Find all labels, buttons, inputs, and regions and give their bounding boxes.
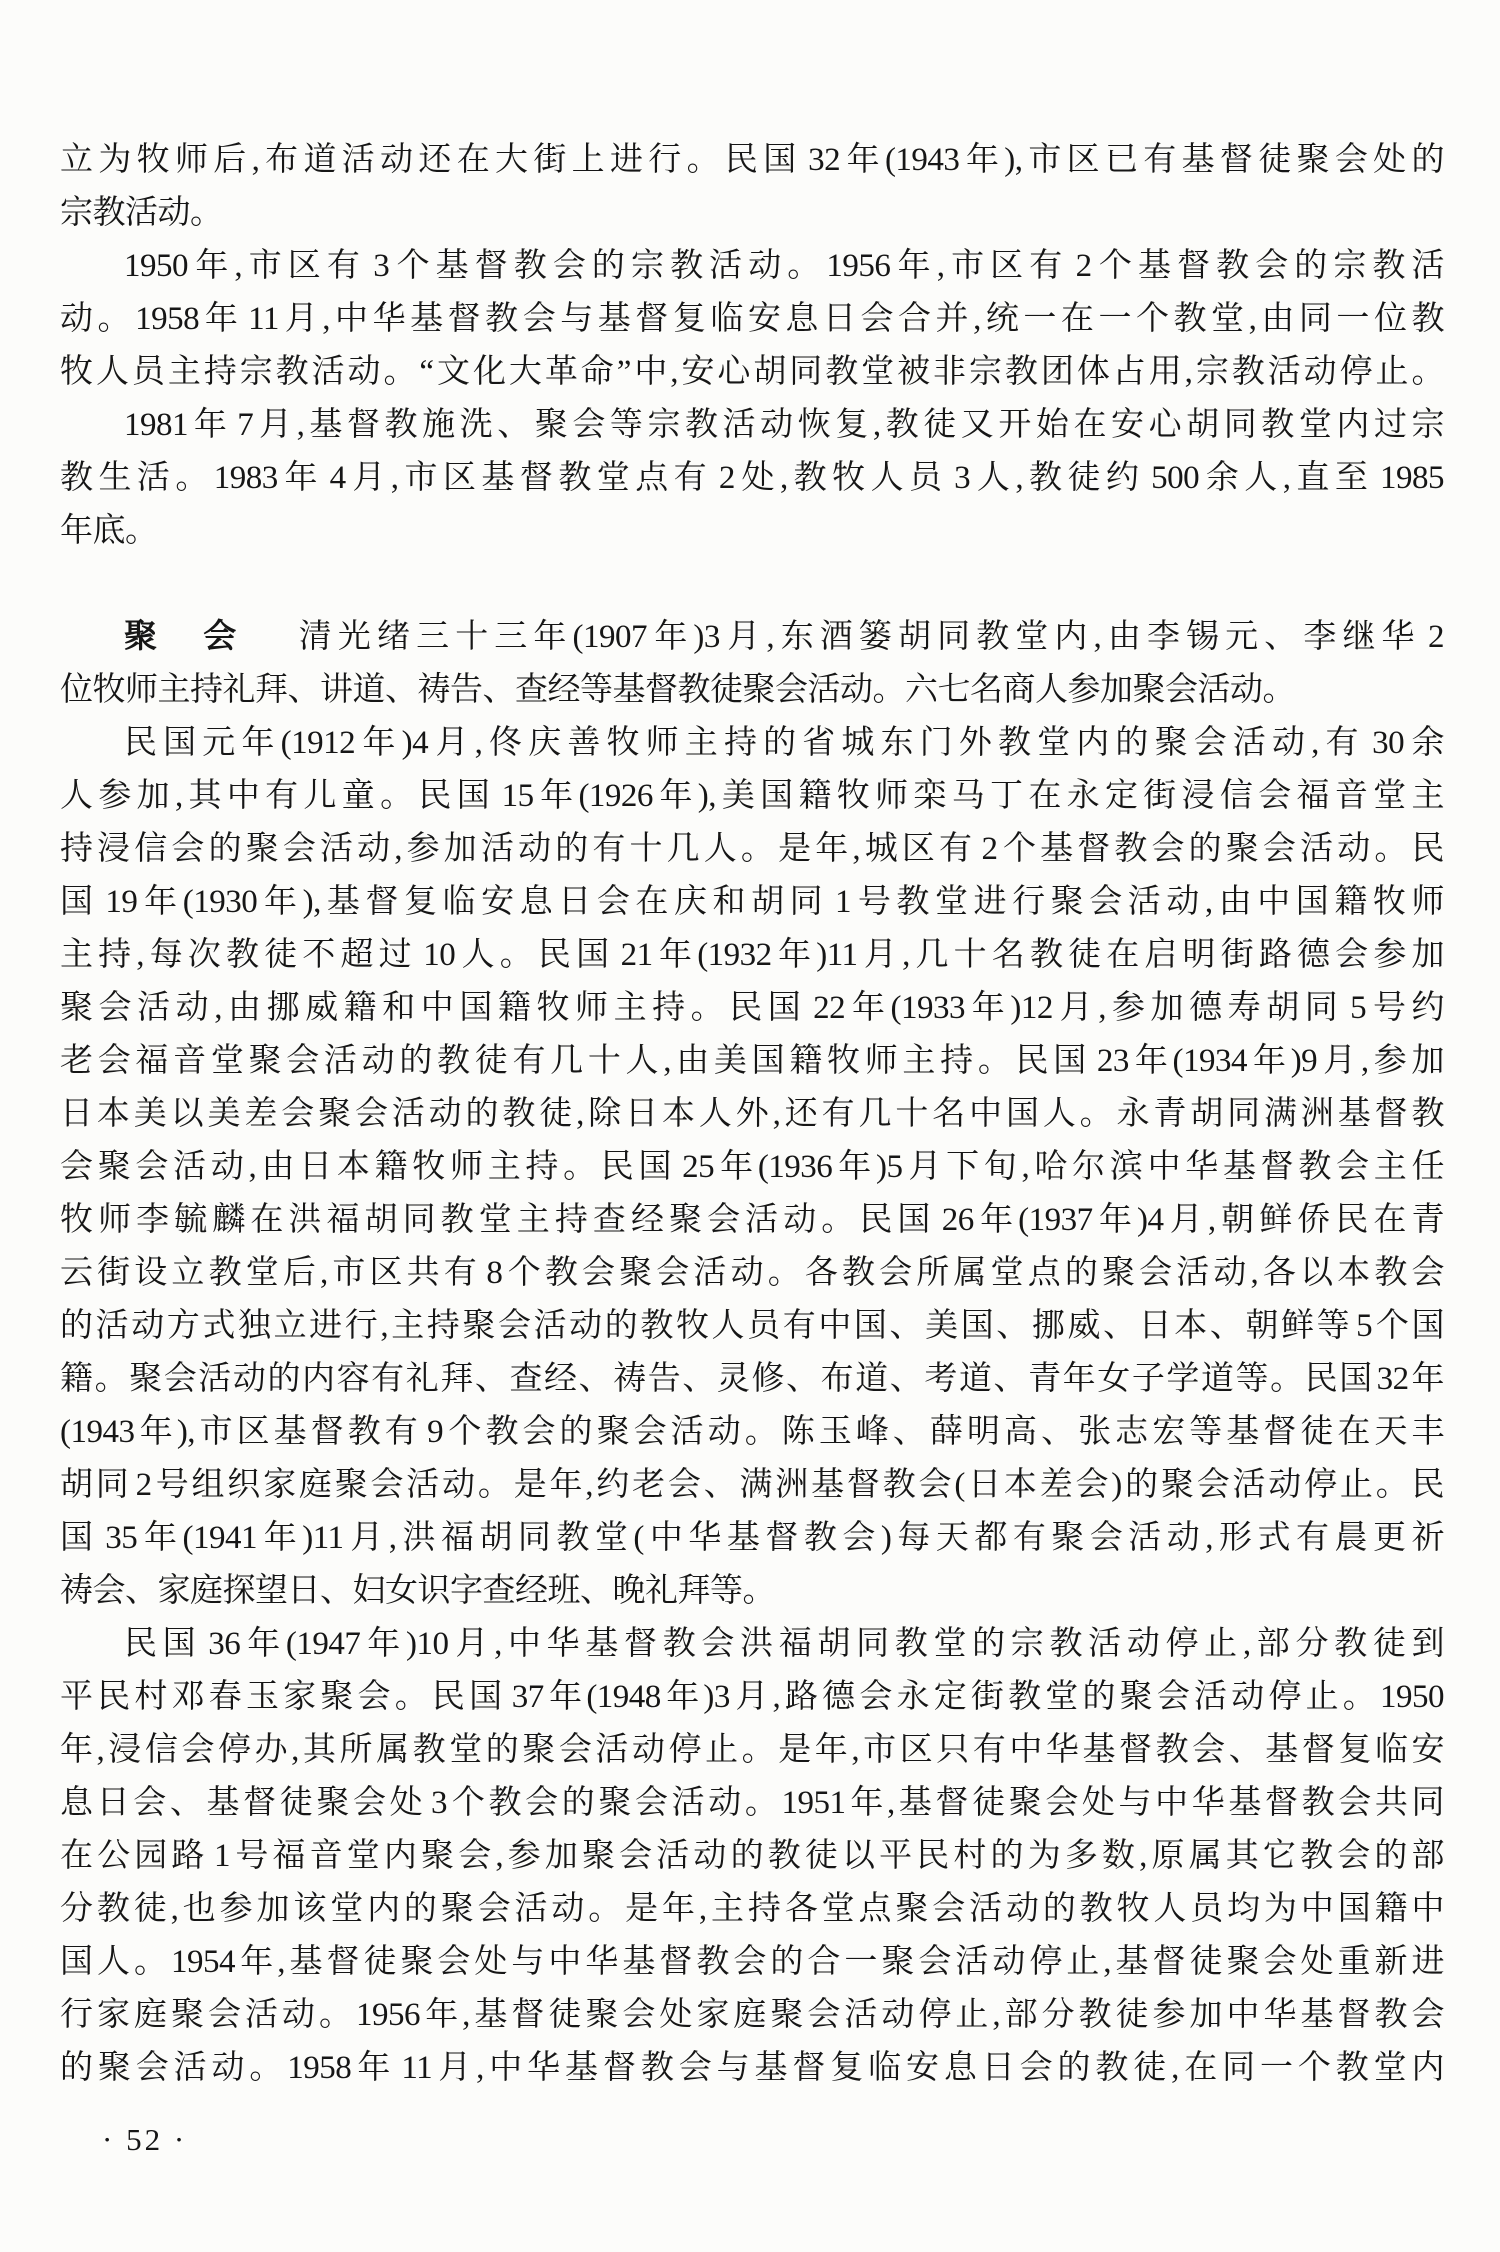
- text-line: 日本美以美差会聚会活动的教徒,除日本人外,还有几十名中国人。永青胡同满洲基督教: [60, 1088, 1444, 1141]
- text-line: 主持,每次教徒不超过 10 人。民国 21 年(1932 年)11 月,几十名教…: [60, 929, 1444, 982]
- text-line: 民国 36 年(1947 年)10 月,中华基督教会洪福胡同教堂的宗教活动停止,…: [60, 1618, 1444, 1671]
- text-line: 国 19 年(1930 年),基督复临安息日会在庆和胡同 1 号教堂进行聚会活动…: [60, 876, 1444, 929]
- text-line: 动。1958 年 11 月,中华基督教会与基督复临安息日会合并,统一在一个教堂,…: [60, 293, 1444, 346]
- text-line: 在公园路 1 号福音堂内聚会,参加聚会活动的教徒以平民村的为多数,原属其它教会的…: [60, 1830, 1444, 1883]
- page-text-column: 立为牧师后,布道活动还在大街上进行。民国 32 年(1943 年),市区已有基督…: [60, 134, 1444, 2095]
- text-line: 云街设立教堂后,市区共有 8 个教会聚会活动。各教会所属堂点的聚会活动,各以本教…: [60, 1247, 1444, 1300]
- text-line: 位牧师主持礼拜、讲道、祷告、查经等基督教徒聚会活动。六七名商人参加聚会活动。: [60, 664, 1444, 717]
- text-line: 胡同 2 号组织家庭聚会活动。是年,约老会、满洲基督教会(日本差会)的聚会活动停…: [60, 1459, 1444, 1512]
- text-line: 持浸信会的聚会活动,参加活动的有十几人。是年,城区有 2 个基督教会的聚会活动。…: [60, 823, 1444, 876]
- text-line: 宗教活动。: [60, 187, 1444, 240]
- text-line: 1950 年,市区有 3 个基督教会的宗教活动。1956 年,市区有 2 个基督…: [60, 240, 1444, 293]
- text-line: 行家庭聚会活动。1956 年,基督徒聚会处家庭聚会活动停止,部分教徒参加中华基督…: [60, 1989, 1444, 2042]
- text-line: 年,浸信会停办,其所属教堂的聚会活动停止。是年,市区只有中华基督教会、基督复临安: [60, 1724, 1444, 1777]
- text-line: 国 35 年(1941 年)11 月,洪福胡同教堂(中华基督教会)每天都有聚会活…: [60, 1512, 1444, 1565]
- page-number: · 52 ·: [102, 2122, 187, 2158]
- para-1981-restoration: 1981 年 7 月,基督教施洗、聚会等宗教活动恢复,教徒又开始在安心胡同教堂内…: [60, 399, 1444, 558]
- text-line: 聚 会清光绪三十三年(1907 年)3 月,东酒篓胡同教堂内,由李锡元、李继华 …: [60, 611, 1444, 664]
- para-juhui-republican-era: 民国元年(1912 年)4 月,佟庆善牧师主持的省城东门外教堂内的聚会活动,有 …: [60, 717, 1444, 1618]
- text-line: 老会福音堂聚会活动的教徒有几十人,由美国籍牧师主持。民国 23 年(1934 年…: [60, 1035, 1444, 1088]
- section-heading: 聚 会: [124, 619, 243, 655]
- text-line: (1943 年),市区基督教有 9 个教会的聚会活动。陈玉峰、薛明高、张志宏等基…: [60, 1406, 1444, 1459]
- text-line: 国人。1954 年,基督徒聚会处与中华基督教会的合一聚会活动停止,基督徒聚会处重…: [60, 1936, 1444, 1989]
- text-line: 年底。: [60, 505, 1444, 558]
- text-line: 平民村邓春玉家聚会。民国 37 年(1948 年)3 月,路德会永定街教堂的聚会…: [60, 1671, 1444, 1724]
- text-line: 1981 年 7 月,基督教施洗、聚会等宗教活动恢复,教徒又开始在安心胡同教堂内…: [60, 399, 1444, 452]
- text-line: 牧人员主持宗教活动。“文化大革命”中,安心胡同教堂被非宗教团体占用,宗教活动停止…: [60, 346, 1444, 399]
- section-juhui: 聚 会清光绪三十三年(1907 年)3 月,东酒篓胡同教堂内,由李锡元、李继华 …: [60, 611, 1444, 717]
- text-line: 牧师李毓麟在洪福胡同教堂主持查经聚会活动。民国 26 年(1937 年)4 月,…: [60, 1194, 1444, 1247]
- text-line: 人参加,其中有儿童。民国 15 年(1926 年),美国籍牧师栾马丁在永定街浸信…: [60, 770, 1444, 823]
- text-line: 聚会活动,由挪威籍和中国籍牧师主持。民国 22 年(1933 年)12 月,参加…: [60, 982, 1444, 1035]
- text-line: 立为牧师后,布道活动还在大街上进行。民国 32 年(1943 年),市区已有基督…: [60, 134, 1444, 187]
- para-juhui-1947-1958: 民国 36 年(1947 年)10 月,中华基督教会洪福胡同教堂的宗教活动停止,…: [60, 1618, 1444, 2095]
- text-line: 教生活。1983 年 4 月,市区基督教堂点有 2 处,教牧人员 3 人,教徒约…: [60, 452, 1444, 505]
- text-line: 籍。聚会活动的内容有礼拜、查经、祷告、灵修、布道、考道、青年女子学道等。民国 3…: [60, 1353, 1444, 1406]
- text-line: 会聚会活动,由日本籍牧师主持。民国 25 年(1936 年)5 月下旬,哈尔滨中…: [60, 1141, 1444, 1194]
- para-continued-from-previous-page: 立为牧师后,布道活动还在大街上进行。民国 32 年(1943 年),市区已有基督…: [60, 134, 1444, 240]
- para-1950s: 1950 年,市区有 3 个基督教会的宗教活动。1956 年,市区有 2 个基督…: [60, 240, 1444, 399]
- book-page: 立为牧师后,布道活动还在大街上进行。民国 32 年(1943 年),市区已有基督…: [0, 0, 1500, 2252]
- text-line: 的聚会活动。1958 年 11 月,中华基督教会与基督复临安息日会的教徒,在同一…: [60, 2042, 1444, 2095]
- text-line: 民国元年(1912 年)4 月,佟庆善牧师主持的省城东门外教堂内的聚会活动,有 …: [60, 717, 1444, 770]
- text-line: 息日会、基督徒聚会处 3 个教会的聚会活动。1951 年,基督徒聚会处与中华基督…: [60, 1777, 1444, 1830]
- text-line: 分教徒,也参加该堂内的聚会活动。是年,主持各堂点聚会活动的教牧人员均为中国籍中: [60, 1883, 1444, 1936]
- text-line: 的活动方式独立进行,主持聚会活动的教牧人员有中国、美国、挪威、日本、朝鲜等 5 …: [60, 1300, 1444, 1353]
- text-line: 祷会、家庭探望日、妇女识字查经班、晚礼拜等。: [60, 1565, 1444, 1618]
